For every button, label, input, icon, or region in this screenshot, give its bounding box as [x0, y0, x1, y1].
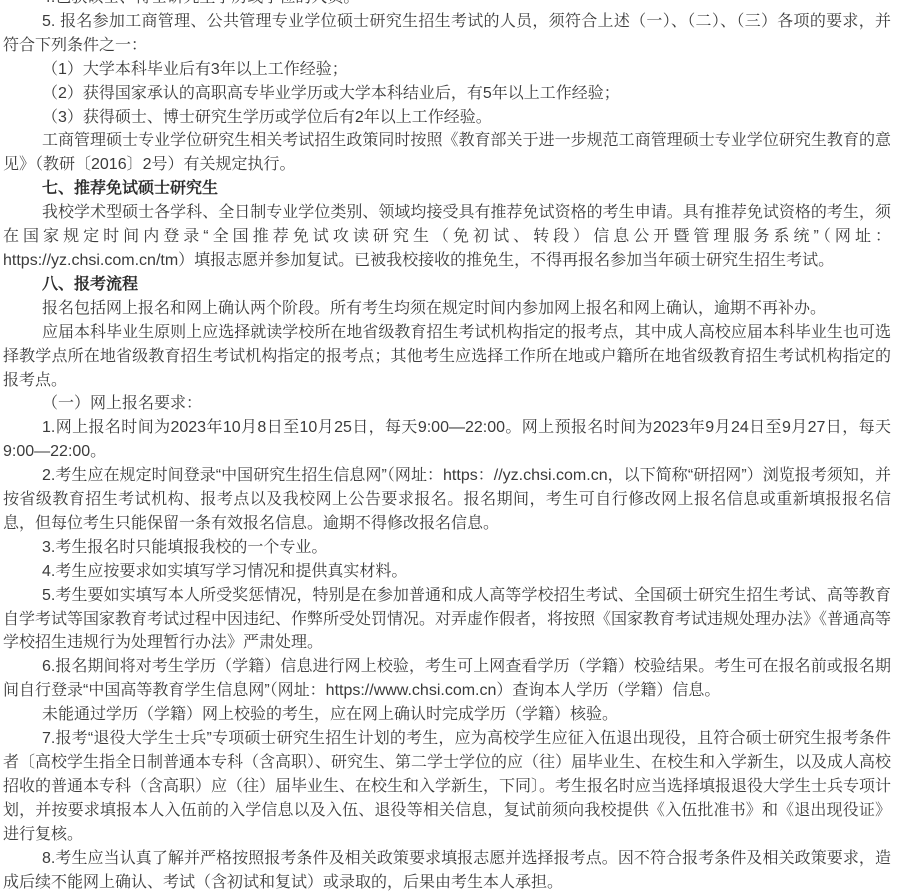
paragraph: （3）获得硕士、博士研究生学历或学位后有2年以上工作经验。 [3, 106, 891, 130]
section-heading: 七、推荐免试硕士研究生 [3, 177, 891, 201]
paragraph: 1.网上报名时间为2023年10月8日至10月25日，每天9:00—22:00。… [3, 416, 891, 464]
paragraph: （一）网上报名要求： [3, 392, 891, 416]
paragraph: 3.考生报名时只能填报我校的一个专业。 [3, 536, 891, 560]
paragraph: 7.报考“退役大学生士兵”专项硕士研究生招生计划的考生，应为高校学生应征入伍退出… [3, 727, 891, 847]
paragraph: 应届本科毕业生原则上应选择就读学校所在地省级教育招生考试机构指定的报考点，其中成… [3, 321, 891, 393]
document-body: 4.已获硕士、博士研究生学历或学位的人员。5. 报名参加工商管理、公共管理专业学… [0, 0, 903, 894]
paragraph: 未能通过学历（学籍）网上校验的考生，应在网上确认时完成学历（学籍）核验。 [3, 703, 891, 727]
paragraph: 工商管理硕士专业学位研究生相关考试招生政策同时按照《教育部关于进一步规范工商管理… [3, 129, 891, 177]
paragraph: 5. 报名参加工商管理、公共管理专业学位硕士研究生招生考试的人员，须符合上述（一… [3, 10, 891, 58]
paragraph: （2）获得国家承认的高职高专毕业学历或大学本科结业后，有5年以上工作经验； [3, 82, 891, 106]
url-text: https：//yz.chsi.com.cn [443, 467, 608, 484]
paragraph: 5.考生要如实填写本人所受奖惩情况，特别是在参加普通和成人高等学校招生考试、全国… [3, 584, 891, 656]
url-text: https://yz.chsi.com.cn/tm [3, 252, 178, 269]
paragraph: 4.考生应按要求如实填写学习情况和提供真实材料。 [3, 560, 891, 584]
paragraph: 我校学术型硕士各学科、全日制专业学位类别、领域均接受具有推荐免试资格的考生申请。… [3, 201, 891, 273]
paragraph: 8.考生应当认真了解并严格按照报考条件及相关政策要求填报志愿并选择报考点。因不符… [3, 847, 891, 895]
section-heading: 八、报考流程 [3, 273, 891, 297]
paragraph: 2.考生应在规定时间登录“中国研究生招生信息网”（网址：https：//yz.c… [3, 464, 891, 536]
url-text: https://www.chsi.com.cn [326, 682, 497, 699]
paragraph: （1）大学本科毕业后有3年以上工作经验； [3, 58, 891, 82]
paragraph: 报名包括网上报名和网上确认两个阶段。所有考生均须在规定时间内参加网上报名和网上确… [3, 297, 891, 321]
paragraph: 6.报名期间将对考生学历（学籍）信息进行网上校验，考生可上网查看学历（学籍）校验… [3, 655, 891, 703]
paragraph: 4.已获硕士、博士研究生学历或学位的人员。 [3, 0, 891, 10]
